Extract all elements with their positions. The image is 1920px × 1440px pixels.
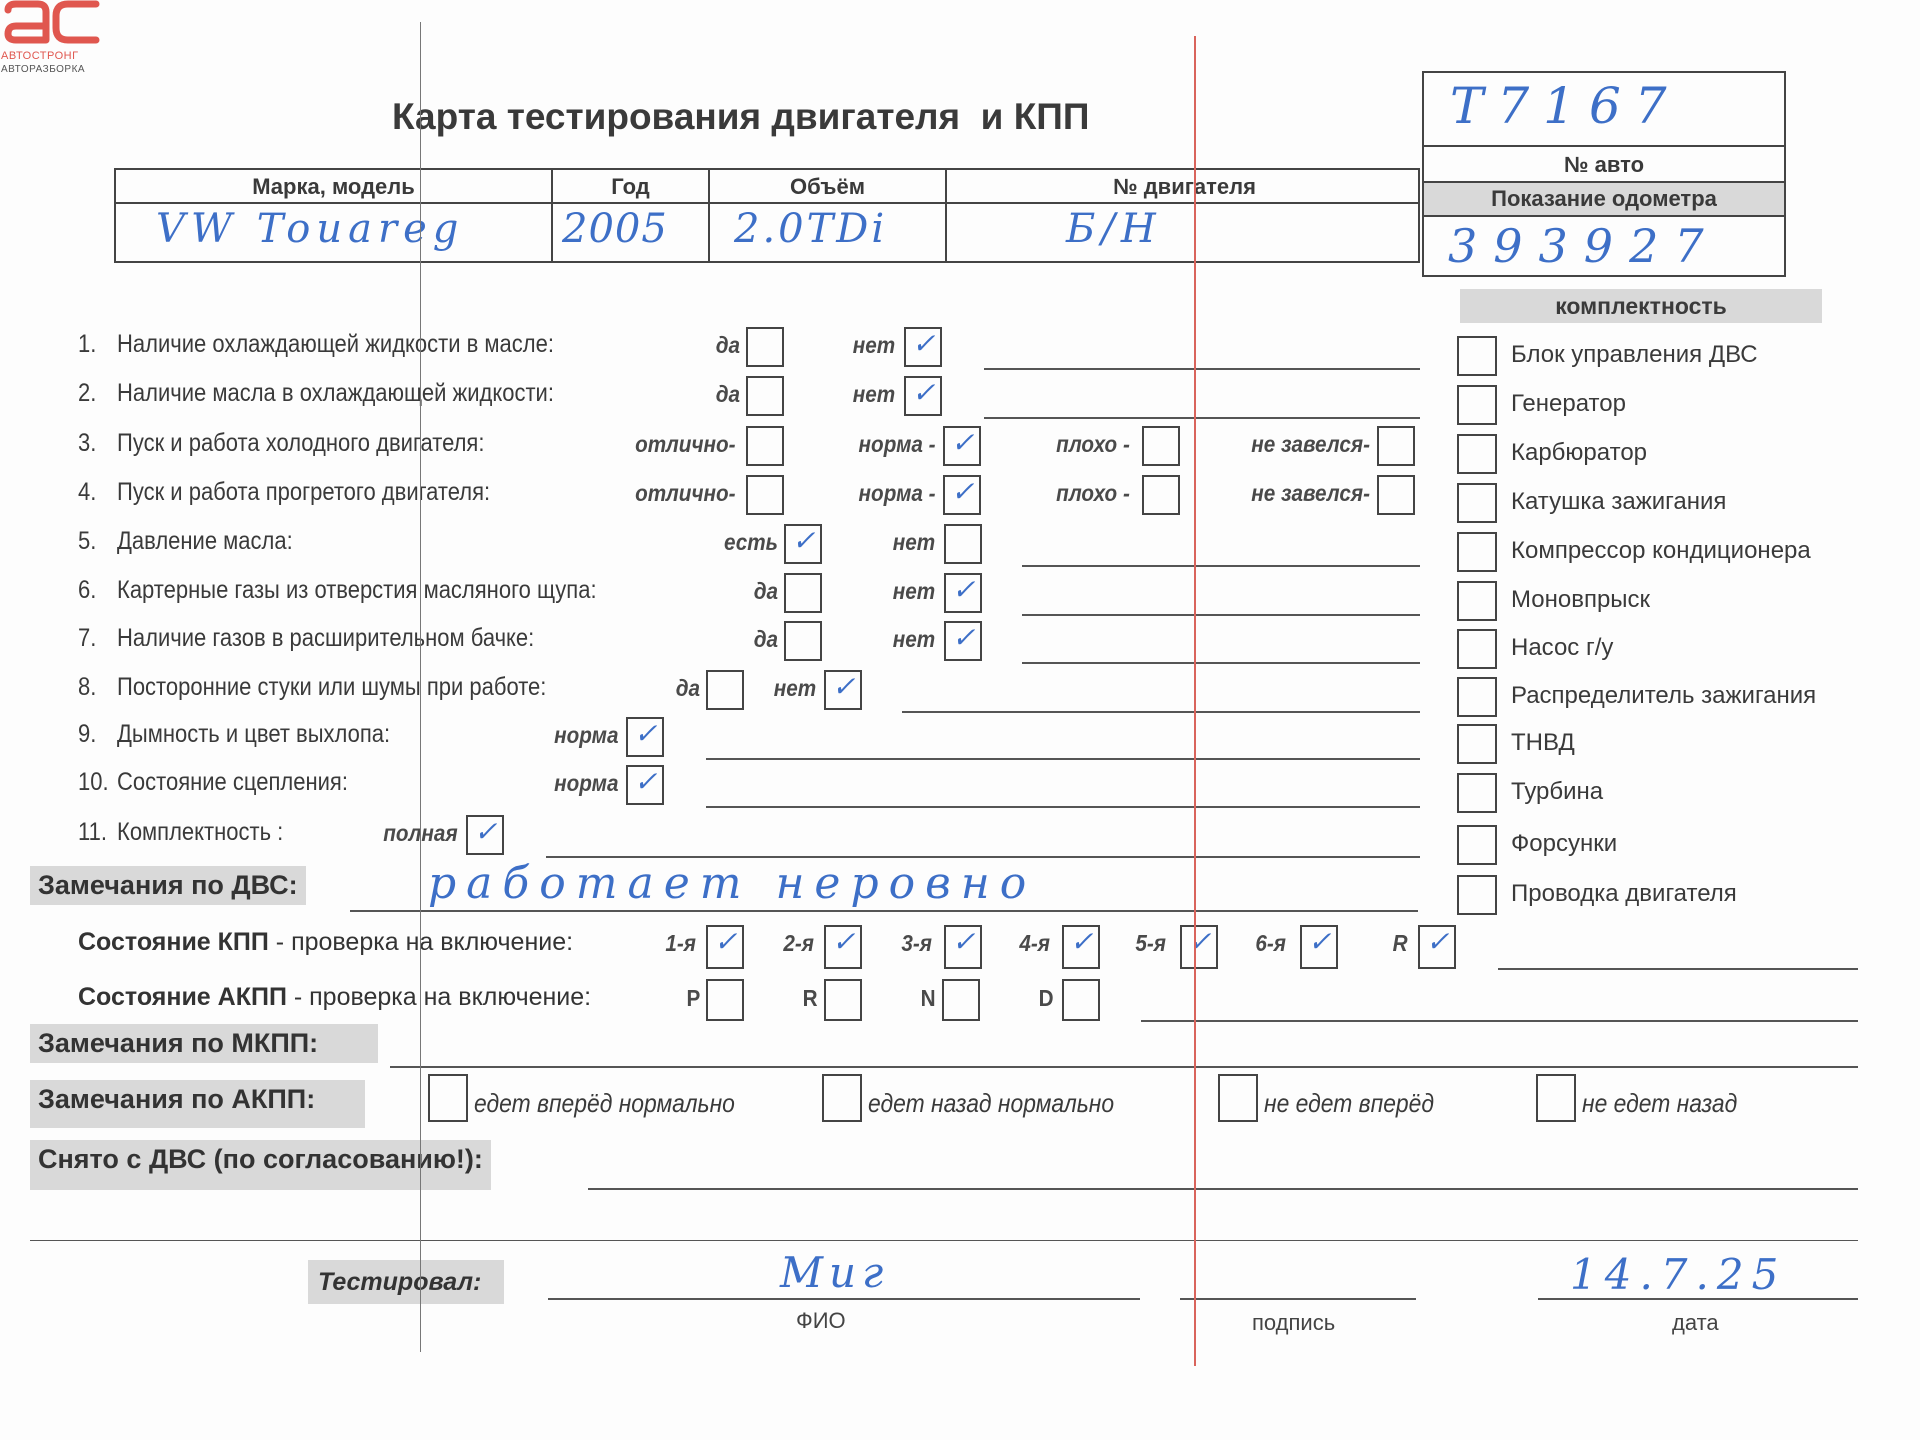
odometer-label: Показание одометра xyxy=(1424,183,1784,215)
check-label: Картерные газы из отверстия масляного щу… xyxy=(117,576,597,605)
note-line[interactable] xyxy=(1022,565,1420,567)
option-label: не завелся- xyxy=(1251,480,1370,507)
akpp-remark-label: не едет назад xyxy=(1582,1088,1737,1119)
option-label: не завелся- xyxy=(1251,431,1370,458)
option-checkbox[interactable] xyxy=(1377,475,1415,515)
name-caption: ФИО xyxy=(796,1308,846,1334)
option-checkbox[interactable]: ✓ xyxy=(626,765,664,805)
check-number: 3. xyxy=(78,429,96,458)
check-label: Наличие охлаждающей жидкости в масле: xyxy=(117,330,554,359)
check-mark-icon: ✓ xyxy=(832,925,855,958)
tested-by-label: Тестировал: xyxy=(318,1268,481,1297)
check-label: Давление масла: xyxy=(117,527,293,556)
option-checkbox[interactable] xyxy=(706,670,744,710)
completeness-checkbox[interactable] xyxy=(1457,434,1497,474)
akpp-remark-label: не едет вперёд xyxy=(1264,1088,1434,1119)
auto-number-value[interactable]: T7167 xyxy=(1450,77,1681,135)
check-mark-icon: ✓ xyxy=(952,573,975,606)
option-label: нет xyxy=(893,626,935,653)
akpp-position-checkbox[interactable] xyxy=(824,979,862,1021)
option-checkbox[interactable]: ✓ xyxy=(626,717,664,757)
option-label: плохо - xyxy=(1056,431,1130,458)
gear-label: 6-я xyxy=(1255,930,1286,957)
check-mark-icon: ✓ xyxy=(951,426,974,459)
header-engine-number: № двигателя xyxy=(947,174,1422,200)
check-label: Дымность и цвет выхлопа: xyxy=(117,720,390,749)
option-checkbox[interactable] xyxy=(746,475,784,515)
check-mark-icon: ✓ xyxy=(1070,925,1093,958)
check-label: Наличие масла в охлаждающей жидкости: xyxy=(117,379,554,408)
option-label: нет xyxy=(774,675,816,702)
completeness-item-label: Компрессор кондиционера xyxy=(1511,537,1811,565)
completeness-item-label: Распределитель зажигания xyxy=(1511,682,1816,710)
gear-checkbox[interactable]: ✓ xyxy=(1180,925,1218,969)
gear-label: 5-я xyxy=(1135,930,1166,957)
date-caption: дата xyxy=(1672,1310,1719,1336)
completeness-item-label: Блок управления ДВС xyxy=(1511,341,1758,369)
note-line[interactable] xyxy=(1022,662,1420,664)
header-volume: Объём xyxy=(710,174,945,200)
akpp-position-checkbox[interactable] xyxy=(1062,979,1100,1021)
option-checkbox[interactable]: ✓ xyxy=(784,524,822,564)
engine-remarks-label: Замечания по ДВС: xyxy=(30,866,306,905)
check-number: 2. xyxy=(78,379,96,408)
check-mark-icon: ✓ xyxy=(912,327,935,360)
gear-label: 1-я xyxy=(665,930,696,957)
option-checkbox[interactable] xyxy=(746,376,784,416)
manual-gearbox-label: Состояние КПП - проверка на включение: xyxy=(78,928,573,957)
gear-checkbox[interactable]: ✓ xyxy=(706,925,744,969)
option-checkbox[interactable]: ✓ xyxy=(944,573,982,613)
check-mark-icon: ✓ xyxy=(634,717,657,750)
option-checkbox[interactable]: ✓ xyxy=(824,670,862,710)
check-number: 4. xyxy=(78,478,96,507)
check-mark-icon: ✓ xyxy=(634,765,657,798)
completeness-item-label: Генератор xyxy=(1511,390,1626,418)
akpp-remark-checkbox[interactable] xyxy=(822,1074,862,1122)
completeness-header: комплектность xyxy=(1460,289,1822,323)
option-checkbox[interactable] xyxy=(784,621,822,661)
check-mark-icon: ✓ xyxy=(951,475,974,508)
completeness-item-label: Катушка зажигания xyxy=(1511,488,1726,516)
margin-line xyxy=(1194,36,1196,1366)
option-checkbox[interactable] xyxy=(784,573,822,613)
akpp-position-checkbox[interactable] xyxy=(706,979,744,1021)
check-label: Комплектность : xyxy=(117,818,283,847)
option-label: да xyxy=(676,675,700,702)
akpp-remark-label: едет назад нормально xyxy=(868,1088,1114,1119)
check-number: 9. xyxy=(78,720,96,749)
mkpp-remarks-label: Замечания по МКПП: xyxy=(30,1024,378,1063)
option-label: есть xyxy=(724,529,778,556)
note-line[interactable] xyxy=(706,758,1420,760)
akpp-position-label: N xyxy=(921,985,936,1012)
option-checkbox[interactable]: ✓ xyxy=(904,327,942,367)
option-checkbox[interactable] xyxy=(746,426,784,466)
autostrong-logo-icon xyxy=(2,0,100,46)
note-line[interactable] xyxy=(706,806,1420,808)
check-mark-icon: ✓ xyxy=(1308,925,1331,958)
option-checkbox[interactable] xyxy=(1142,475,1180,515)
page-title: Карта тестирования двигателя и КПП xyxy=(392,96,1089,138)
option-checkbox[interactable] xyxy=(944,524,982,564)
odometer-value[interactable]: 393927 xyxy=(1448,219,1720,273)
option-label: нет xyxy=(853,332,895,359)
check-number: 7. xyxy=(78,624,96,653)
check-mark-icon: ✓ xyxy=(1426,925,1449,958)
check-mark-icon: ✓ xyxy=(912,376,935,409)
option-label: норма xyxy=(554,770,618,797)
option-label: отлично- xyxy=(636,431,736,458)
option-checkbox[interactable]: ✓ xyxy=(904,376,942,416)
check-mark-icon: ✓ xyxy=(952,925,975,958)
header-make-model: Марка, модель xyxy=(116,174,551,200)
gear-label: R xyxy=(1393,930,1408,957)
gear-checkbox[interactable]: ✓ xyxy=(1418,925,1456,969)
note-line[interactable] xyxy=(1022,614,1420,616)
completeness-item-label: Моновпрыск xyxy=(1511,586,1650,614)
completeness-item-label: Проводка двигателя xyxy=(1511,880,1737,908)
completeness-checkbox[interactable] xyxy=(1457,532,1497,572)
date-value[interactable]: 14.7.25 xyxy=(1570,1250,1786,1299)
option-checkbox[interactable]: ✓ xyxy=(943,475,981,515)
option-label: нет xyxy=(893,529,935,556)
completeness-checkbox[interactable] xyxy=(1457,629,1497,669)
akpp-position-label: P xyxy=(686,985,700,1012)
option-label: да xyxy=(716,381,740,408)
check-label: Посторонние стуки или шумы при работе: xyxy=(117,673,546,702)
option-label: нет xyxy=(853,381,895,408)
completeness-item-label: Карбюратор xyxy=(1511,439,1647,467)
akpp-remark-checkbox[interactable] xyxy=(1218,1074,1258,1122)
completeness-checkbox[interactable] xyxy=(1457,336,1497,376)
completeness-checkbox[interactable] xyxy=(1457,581,1497,621)
logo-brand: АВТОСТРОНГ xyxy=(1,50,79,62)
check-mark-icon: ✓ xyxy=(1188,925,1211,958)
option-label: норма xyxy=(554,722,618,749)
completeness-checkbox[interactable] xyxy=(1457,724,1497,764)
check-number: 1. xyxy=(78,330,96,359)
completeness-checkbox[interactable] xyxy=(1457,677,1497,717)
header-year: Год xyxy=(553,174,708,200)
gear-checkbox[interactable]: ✓ xyxy=(824,925,862,969)
vehicle-table: Марка, модель Год Объём № двигателя VW T… xyxy=(114,168,1420,263)
option-checkbox[interactable] xyxy=(1142,426,1180,466)
option-label: да xyxy=(754,578,778,605)
check-label: Пуск и работа прогретого двигателя: xyxy=(117,478,490,507)
gear-label: 4-я xyxy=(1019,930,1050,957)
engine-remarks-value[interactable]: работает неровно xyxy=(428,858,1036,909)
option-label: норма - xyxy=(859,480,936,507)
completeness-item-label: Турбина xyxy=(1511,778,1603,806)
completeness-checkbox[interactable] xyxy=(1457,825,1497,865)
gear-checkbox[interactable]: ✓ xyxy=(1062,925,1100,969)
option-checkbox[interactable] xyxy=(746,327,784,367)
check-number: 11. xyxy=(78,818,107,847)
check-number: 5. xyxy=(78,527,96,556)
akpp-remark-label: едет вперёд нормально xyxy=(474,1088,735,1119)
akpp-remark-checkbox[interactable] xyxy=(1536,1074,1576,1122)
gear-checkbox[interactable]: ✓ xyxy=(944,925,982,969)
option-label: плохо - xyxy=(1056,480,1130,507)
check-label: Пуск и работа холодного двигателя: xyxy=(117,429,484,458)
option-label: норма - xyxy=(859,431,936,458)
make-model-value[interactable]: VW Touareg xyxy=(156,206,464,252)
akpp-remark-checkbox[interactable] xyxy=(428,1074,468,1122)
signature-caption: подпись xyxy=(1252,1310,1335,1336)
check-mark-icon: ✓ xyxy=(952,621,975,654)
gear-checkbox[interactable]: ✓ xyxy=(1300,925,1338,969)
removed-label: Снято с ДВС (по согласованию!): xyxy=(30,1140,491,1190)
option-label: да xyxy=(754,626,778,653)
check-label: Наличие газов в расширительном бачке: xyxy=(117,624,534,653)
akpp-position-checkbox[interactable] xyxy=(942,979,980,1021)
akpp-position-label: R xyxy=(803,985,818,1012)
volume-value[interactable]: 2.0TDi xyxy=(734,206,887,252)
check-mark-icon: ✓ xyxy=(792,524,815,557)
completeness-checkbox[interactable] xyxy=(1457,773,1497,813)
check-number: 10. xyxy=(78,768,109,797)
option-label: отлично- xyxy=(636,480,736,507)
option-checkbox[interactable]: ✓ xyxy=(943,426,981,466)
check-mark-icon: ✓ xyxy=(832,670,855,703)
completeness-checkbox[interactable] xyxy=(1457,483,1497,523)
akpp-remarks-label: Замечания по АКПП: xyxy=(30,1080,365,1128)
auto-number-box: T7167 № авто Показание одометра 393927 xyxy=(1422,71,1786,277)
option-label: нет xyxy=(893,578,935,605)
completeness-checkbox[interactable] xyxy=(1457,875,1497,915)
auto-gearbox-label: Состояние АКПП - проверка на включение: xyxy=(78,983,591,1012)
completeness-checkbox[interactable] xyxy=(1457,385,1497,425)
note-line[interactable] xyxy=(984,417,1420,419)
option-checkbox[interactable]: ✓ xyxy=(944,621,982,661)
note-line[interactable] xyxy=(984,368,1420,370)
check-mark-icon: ✓ xyxy=(474,815,497,848)
option-checkbox[interactable]: ✓ xyxy=(466,815,504,855)
note-line[interactable] xyxy=(902,711,1420,713)
fold-line xyxy=(420,22,421,1352)
option-label: да xyxy=(716,332,740,359)
completeness-item-label: Насос г/у xyxy=(1511,634,1613,662)
gear-label: 3-я xyxy=(901,930,932,957)
tester-name-value[interactable]: Миг xyxy=(780,1248,889,1297)
option-checkbox[interactable] xyxy=(1377,426,1415,466)
check-number: 6. xyxy=(78,576,96,605)
akpp-position-label: D xyxy=(1039,985,1054,1012)
logo-subtitle: АВТОРАЗБОРКА xyxy=(1,64,85,75)
engine-number-value[interactable]: Б/Н xyxy=(1066,206,1162,252)
auto-number-label: № авто xyxy=(1424,152,1784,178)
check-label: Состояние сцепления: xyxy=(117,768,348,797)
completeness-item-label: ТНВД xyxy=(1511,729,1575,757)
year-value[interactable]: 2005 xyxy=(562,206,668,252)
gear-label: 2-я xyxy=(783,930,814,957)
check-number: 8. xyxy=(78,673,96,702)
check-mark-icon: ✓ xyxy=(714,925,737,958)
completeness-item-label: Форсунки xyxy=(1511,830,1617,858)
